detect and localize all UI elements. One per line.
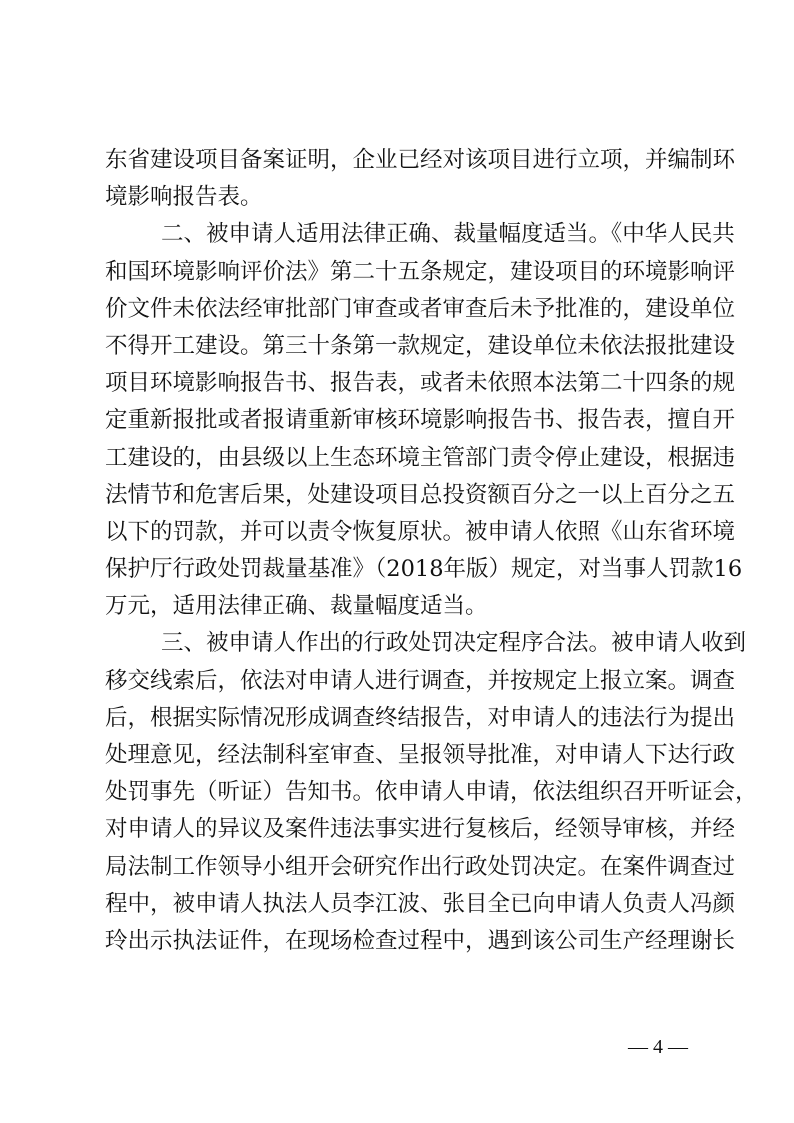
text-line: 处罚事先（听证）告知书。依申请人申请，依法组织召开听证会，	[105, 774, 695, 811]
page-number: — 4 —	[628, 1036, 688, 1059]
text-line: 玲出示执法证件，在现场检查过程中，遇到该公司生产经理谢长	[105, 923, 695, 960]
text-line: 不得开工建设。第三十条第一款规定，建设单位未依法报批建设	[105, 328, 695, 365]
paragraph-heading-line: 二、被申请人适用法律正确、裁量幅度适当。《中华人民共	[105, 216, 695, 253]
text-line: 境影响报告表。	[105, 179, 695, 216]
text-line: 和国环境影响评价法》第二十五条规定，建设项目的环境影响评	[105, 254, 695, 291]
text-line: 万元，适用法律正确、裁量幅度适当。	[105, 588, 695, 625]
text-line: 以下的罚款，并可以责令恢复原状。被申请人依照《山东省环境	[105, 514, 695, 551]
body-text: 东省建设项目备案证明，企业已经对该项目进行立项，并编制环 境影响报告表。 二、被…	[105, 142, 695, 960]
document-page: 东省建设项目备案证明，企业已经对该项目进行立项，并编制环 境影响报告表。 二、被…	[0, 0, 794, 1123]
text-line: 后，根据实际情况形成调查终结报告，对申请人的违法行为提出	[105, 700, 695, 737]
text-line: 移交线索后，依法对申请人进行调查，并按规定上报立案。调查	[105, 663, 695, 700]
paragraph-heading-line: 三、被申请人作出的行政处罚决定程序合法。被申请人收到	[105, 625, 695, 662]
text-line: 东省建设项目备案证明，企业已经对该项目进行立项，并编制环	[105, 142, 695, 179]
text-line: 程中，被申请人执法人员李江波、张目全已向申请人负责人冯颜	[105, 886, 695, 923]
text-line: 定重新报批或者报请重新审核环境影响报告书、报告表，擅自开	[105, 402, 695, 439]
text-line: 工建设的，由县级以上生态环境主管部门责令停止建设，根据违	[105, 440, 695, 477]
text-line: 法情节和危害后果，处建设项目总投资额百分之一以上百分之五	[105, 477, 695, 514]
text-line: 处理意见，经法制科室审查、呈报领导批准，对申请人下达行政	[105, 737, 695, 774]
text-line: 保护厅行政处罚裁量基准》（2018年版）规定，对当事人罚款16	[105, 551, 695, 588]
text-line: 价文件未依法经审批部门审查或者审查后未予批准的，建设单位	[105, 291, 695, 328]
text-line: 局法制工作领导小组开会研究作出行政处罚决定。在案件调查过	[105, 849, 695, 886]
text-line: 对申请人的异议及案件违法事实进行复核后，经领导审核，并经	[105, 811, 695, 848]
text-line: 项目环境影响报告书、报告表，或者未依照本法第二十四条的规	[105, 365, 695, 402]
